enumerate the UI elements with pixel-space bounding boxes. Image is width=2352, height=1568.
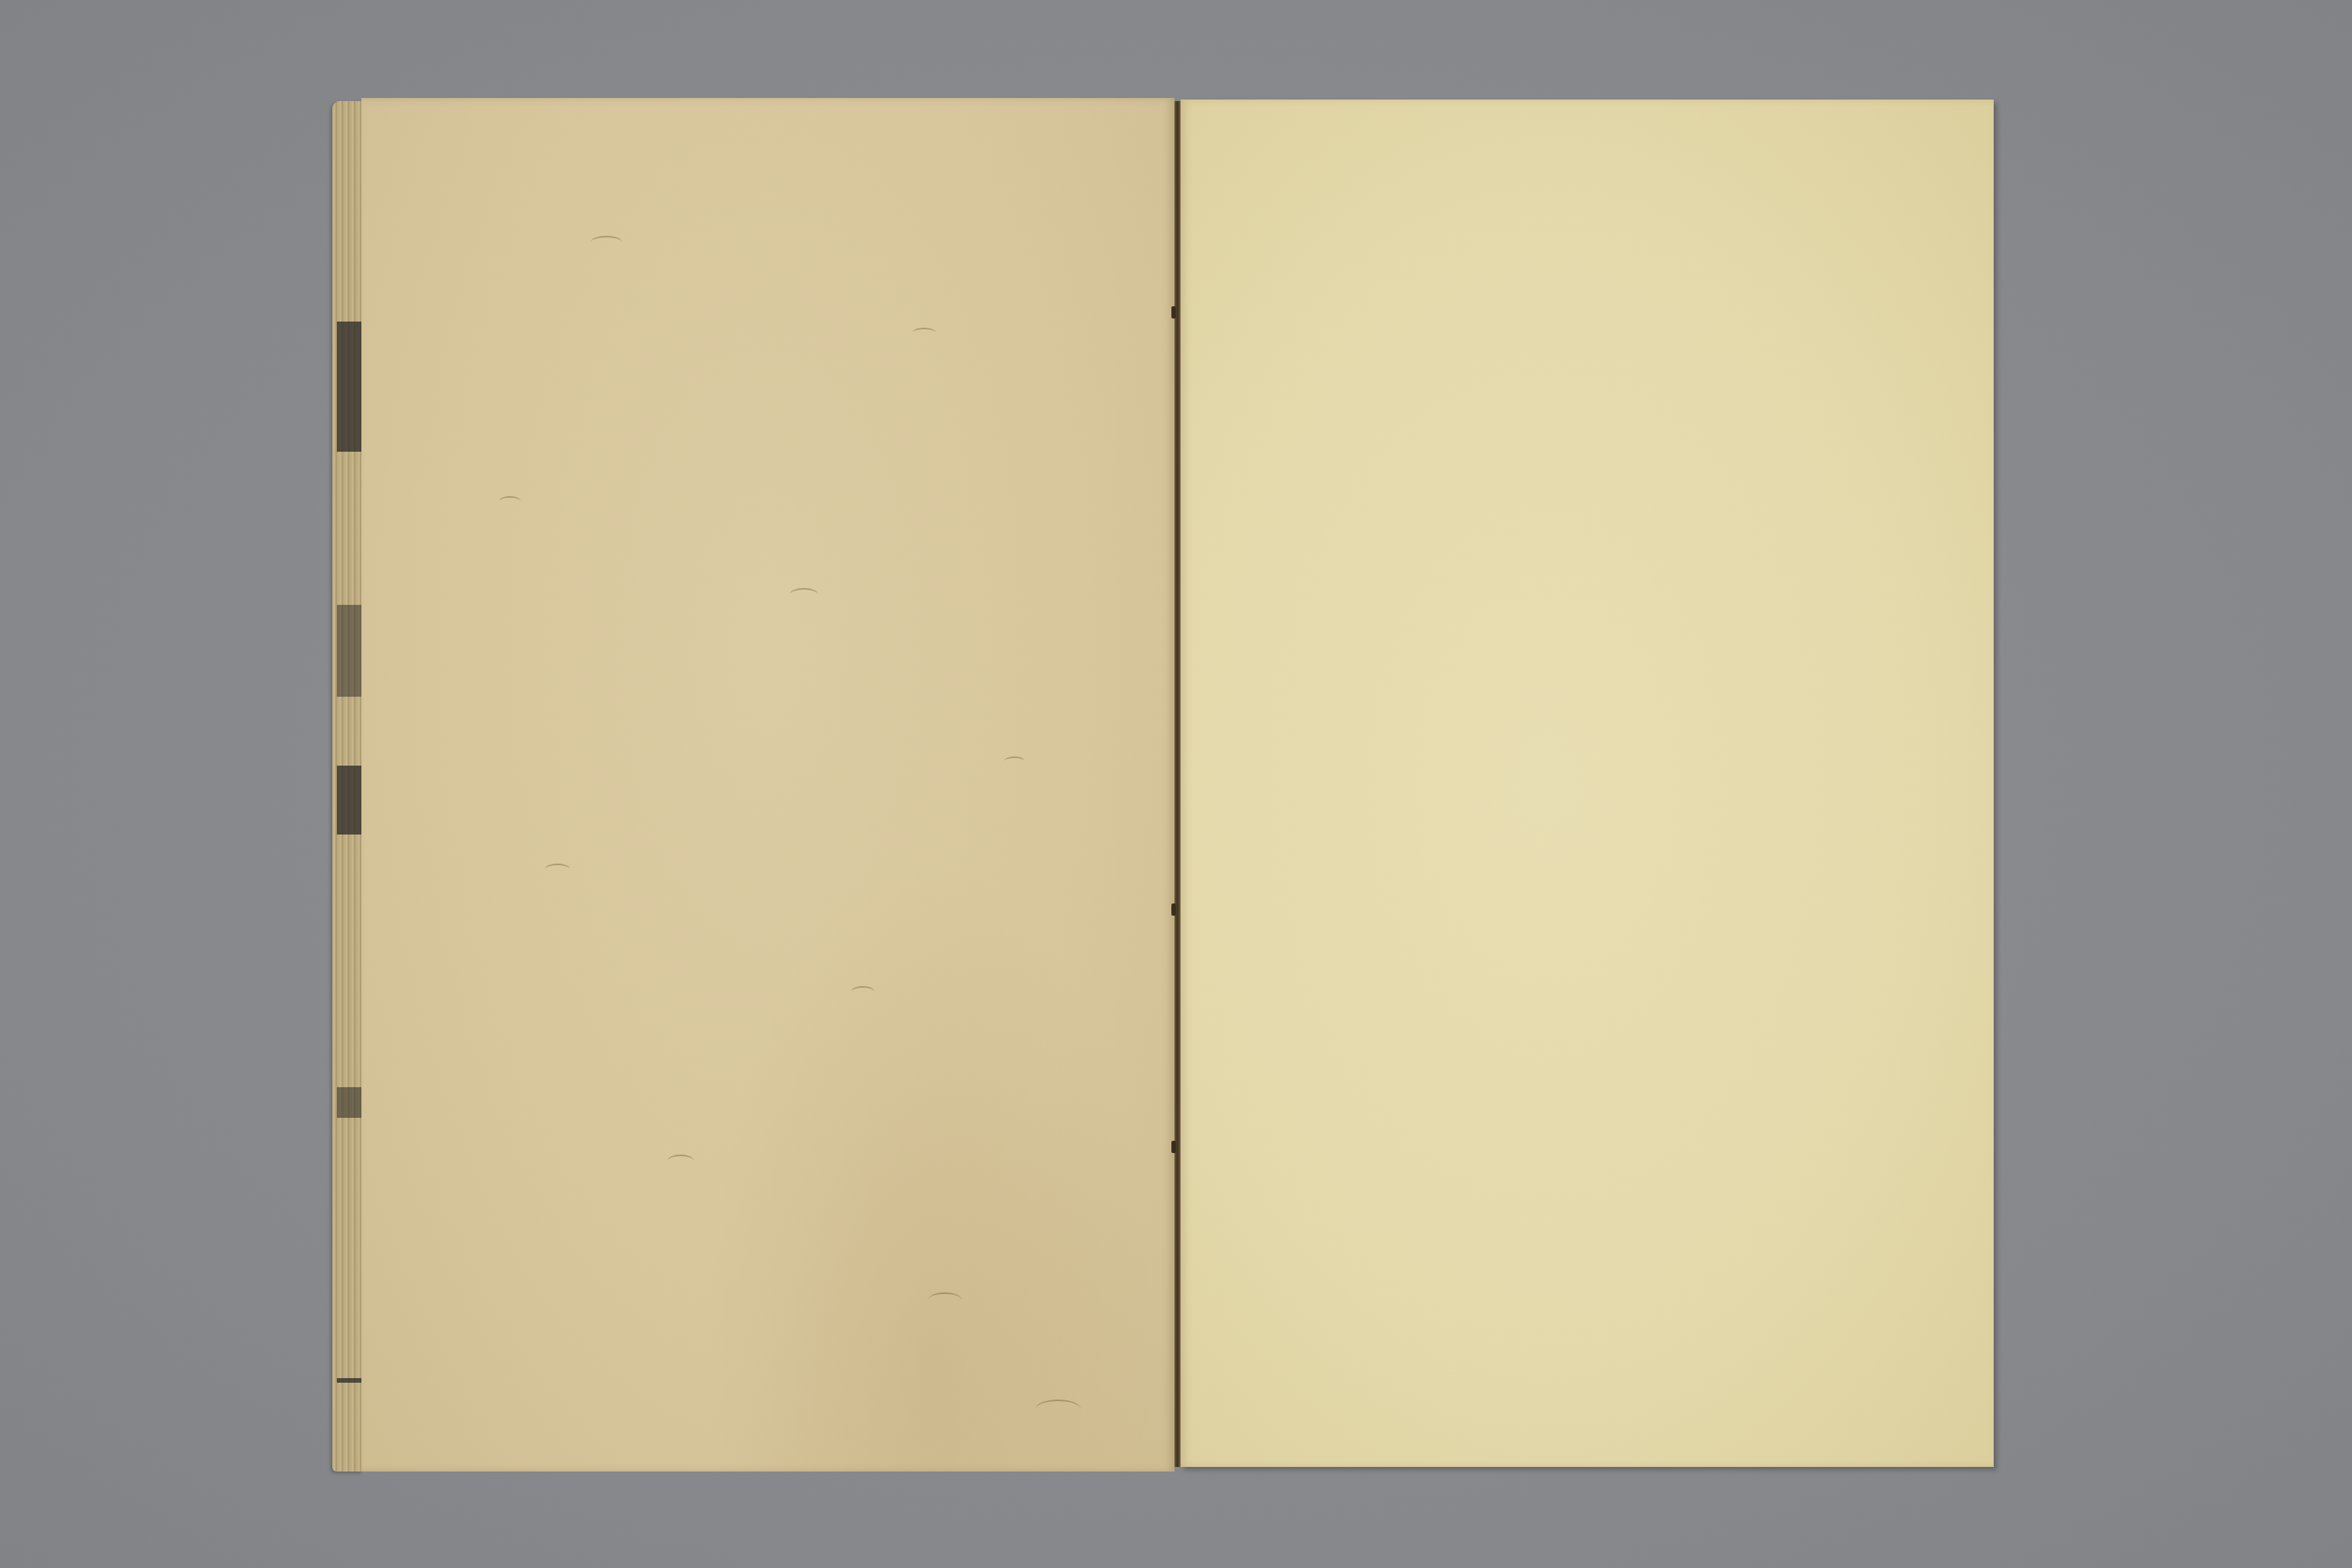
binding-stitch xyxy=(1171,1141,1176,1153)
open-book xyxy=(0,0,2352,1568)
spine-ink-mark xyxy=(337,322,361,452)
paper-fiber xyxy=(790,588,818,600)
paper-fiber xyxy=(1035,1400,1081,1419)
spine-ink-mark xyxy=(337,766,361,835)
paper-fiber xyxy=(1004,756,1024,766)
spine-ink-mark xyxy=(337,605,361,697)
paper-fiber xyxy=(668,1155,694,1167)
spine-ink-mark xyxy=(337,1378,361,1383)
paper-fiber xyxy=(591,236,622,248)
paper-fiber xyxy=(851,986,874,997)
paper-fiber xyxy=(499,496,521,507)
binding-stitch xyxy=(1171,903,1176,916)
binding-stitch xyxy=(1171,306,1176,318)
paper-fiber xyxy=(928,1292,962,1308)
paper-fiber xyxy=(545,864,570,874)
paper-fiber xyxy=(913,328,936,337)
left-page xyxy=(361,98,1174,1472)
spine-ink-mark xyxy=(337,1087,361,1118)
right-page xyxy=(1181,100,1994,1467)
